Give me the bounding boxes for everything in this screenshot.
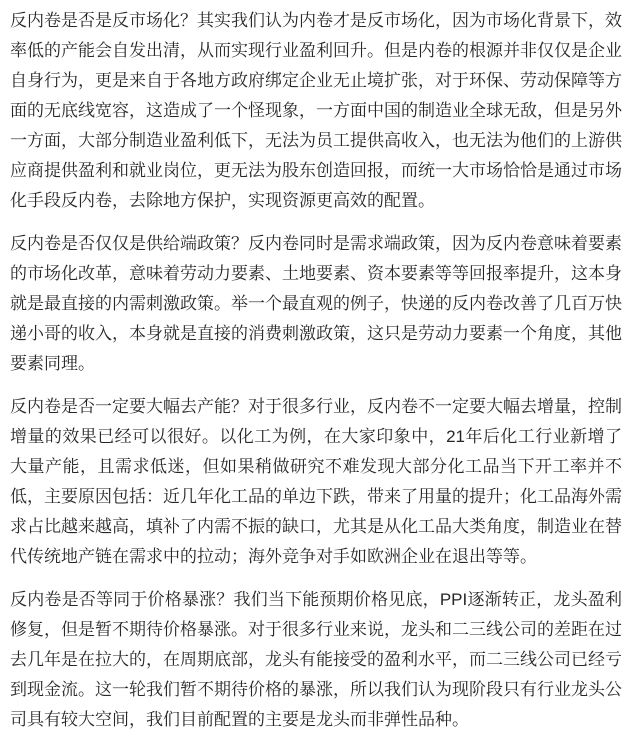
article-page: 反内卷是否是反市场化？其实我们认为内卷才是反市场化，因为市场化背景下，效率低的产… (0, 0, 632, 739)
paragraph-supply-vs-demand-policy: 反内卷是否仅仅是供给端政策？反内卷同时是需求端政策，因为反内卷意味着要素的市场化… (10, 229, 622, 379)
paragraph-price-surge-expectation: 反内卷是否等同于价格暴涨？我们当下能预期价格见底，PPI逐渐转正，龙头盈利修复，… (10, 585, 622, 735)
paragraph-capacity-reduction: 反内卷是否一定要大幅去产能？对于很多行业，反内卷不一定要大幅去增量，控制增量的效… (10, 392, 622, 572)
paragraph-anti-involution-vs-marketization: 反内卷是否是反市场化？其实我们认为内卷才是反市场化，因为市场化背景下，效率低的产… (10, 6, 622, 216)
